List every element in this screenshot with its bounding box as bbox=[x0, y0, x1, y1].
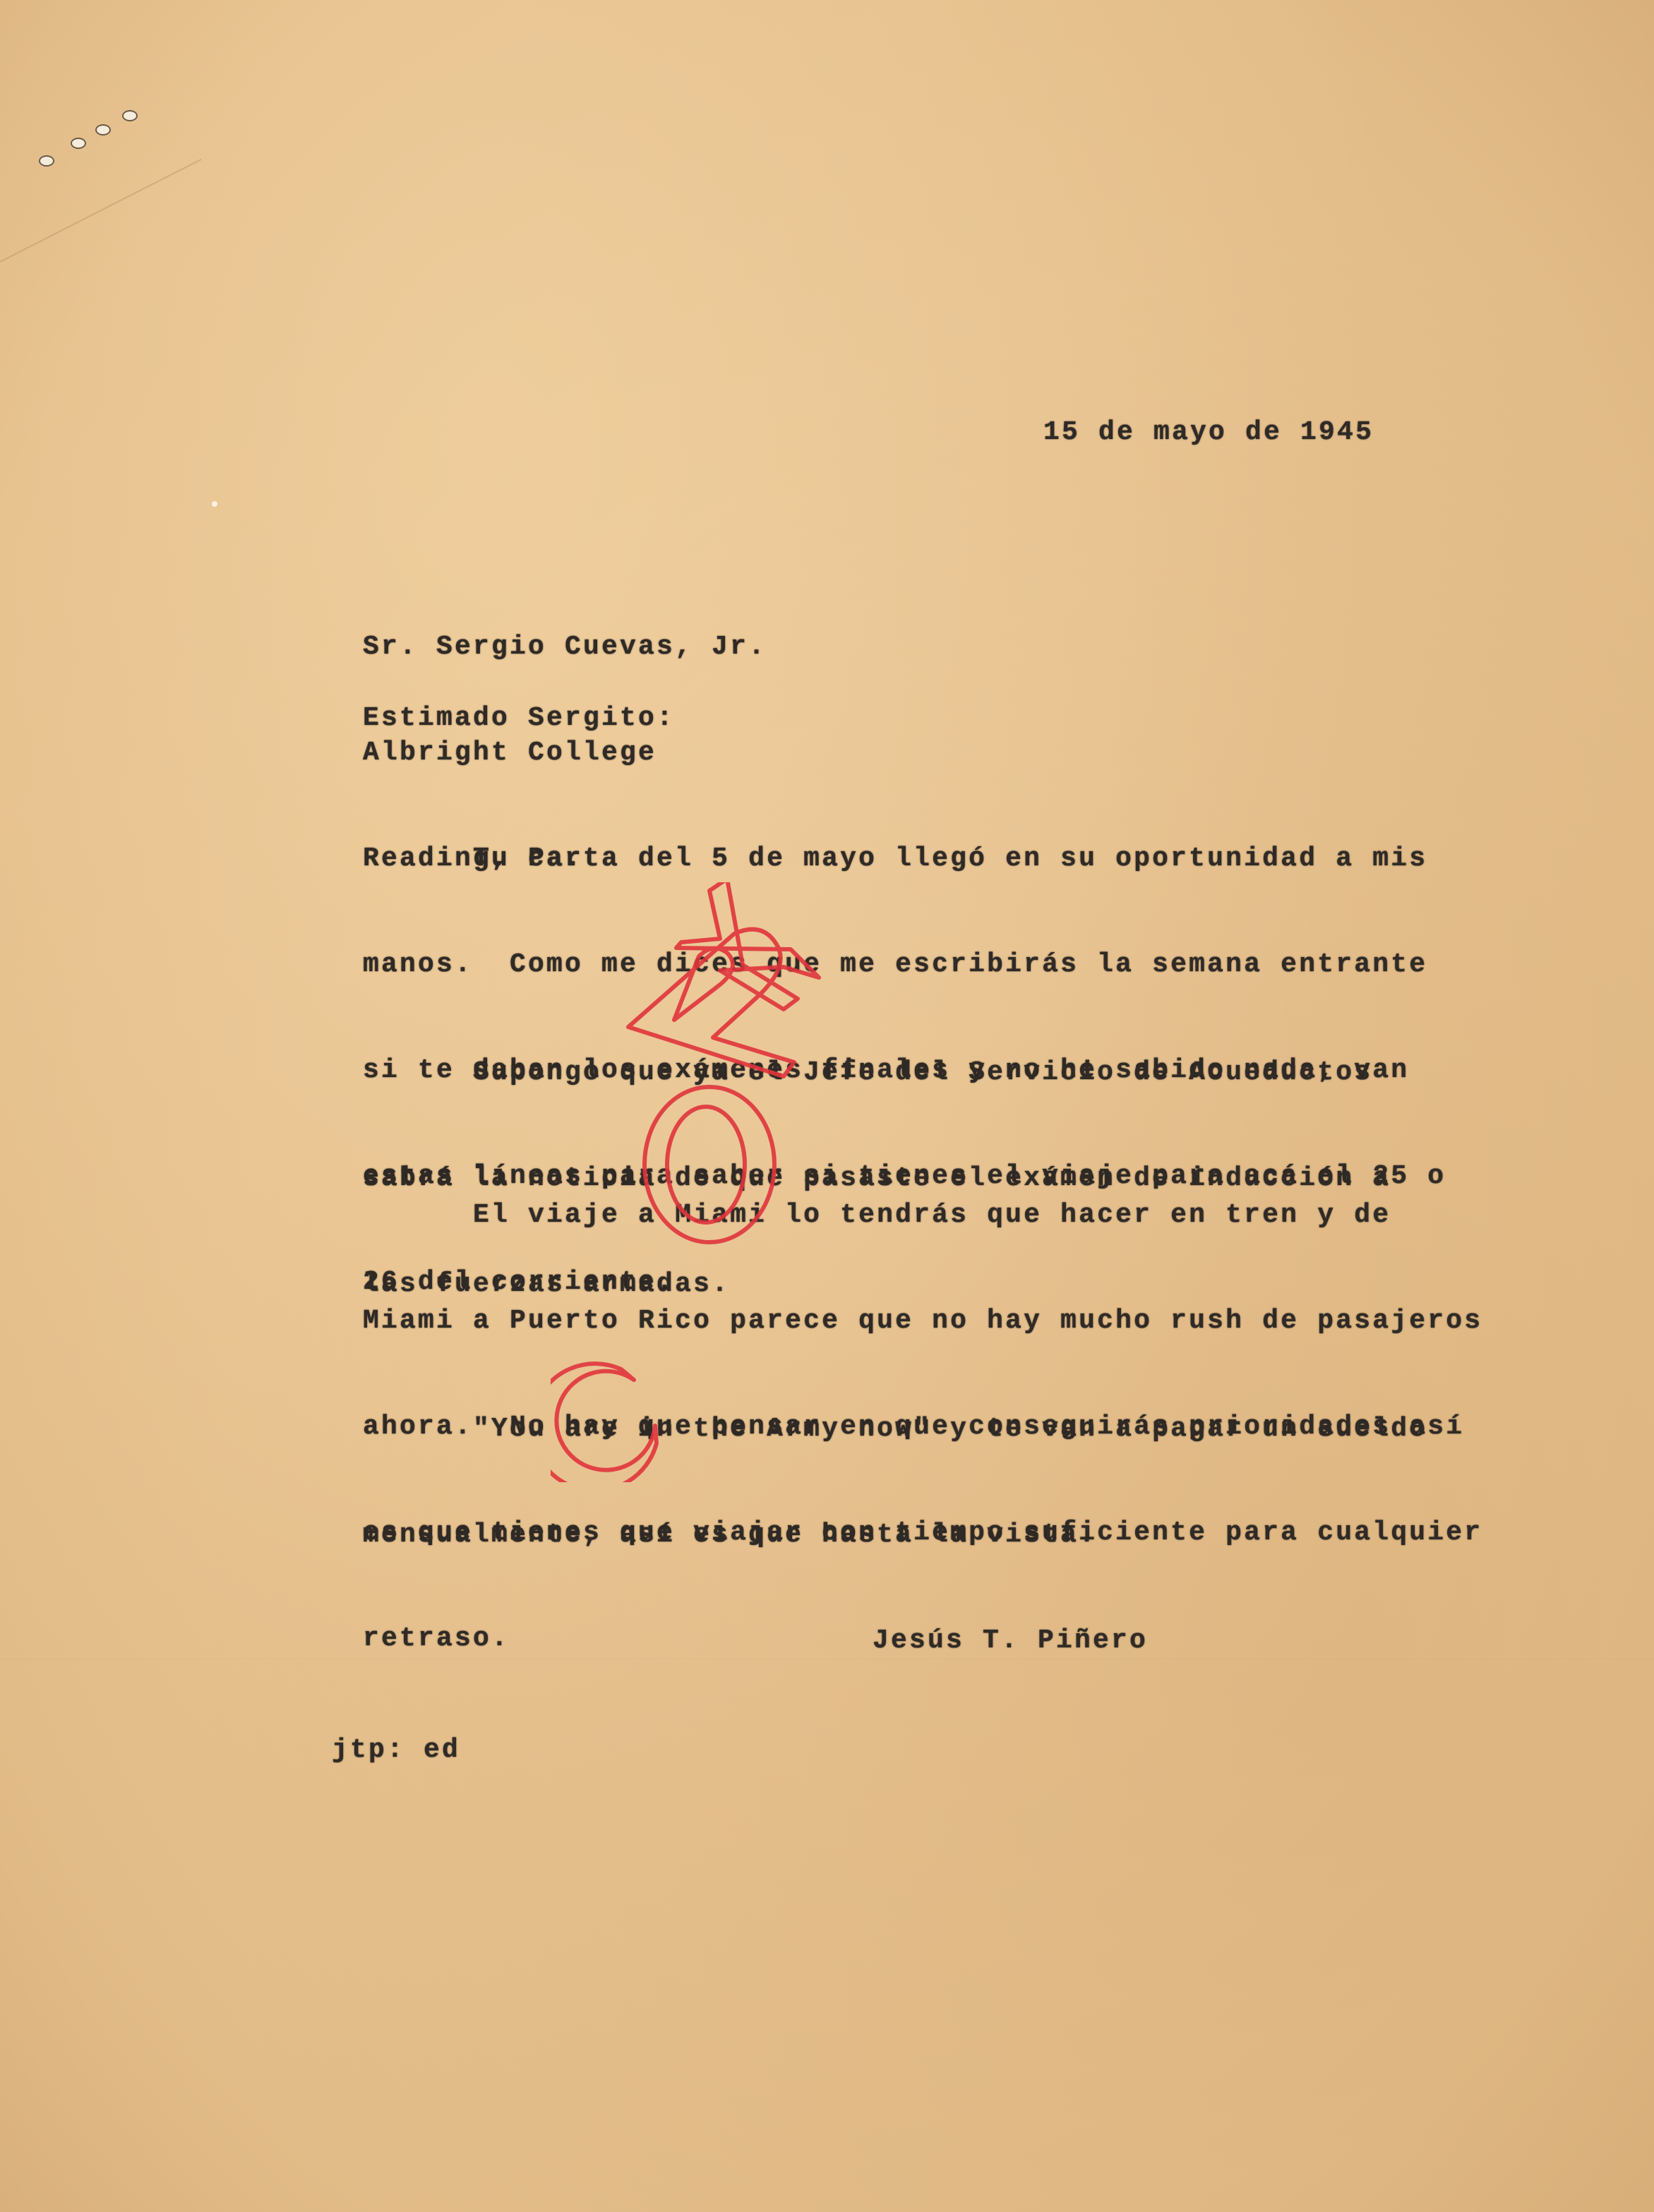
staple-holes bbox=[39, 106, 138, 169]
letter-date: 15 de mayo de 1945 bbox=[1043, 415, 1374, 450]
text-line: manos. Como me dices que me escribirás l… bbox=[363, 947, 1446, 982]
salutation: Estimado Sergito: bbox=[363, 701, 675, 736]
text-line: "You are in the Army now" y te van a pag… bbox=[363, 1412, 1427, 1447]
paper-speck bbox=[212, 501, 217, 507]
text-line: mensualmente, así es que hasta la vista. bbox=[363, 1517, 1427, 1553]
text-line: Tu carta del 5 de mayo llegó en su oport… bbox=[363, 841, 1446, 877]
recipient-institution: Albright College bbox=[363, 735, 767, 771]
body-paragraph-4: "You are in the Army now" y te van a pag… bbox=[363, 1341, 1427, 1588]
signature-name: Jesús T. Piñero bbox=[873, 1623, 1148, 1659]
text-line: Supongo que ya el Jefe del Servicio de A… bbox=[363, 1055, 1391, 1090]
text-line: Miami a Puerto Rico parece que no hay mu… bbox=[363, 1304, 1482, 1339]
recipient-name: Sr. Sergio Cuevas, Jr. bbox=[363, 630, 767, 665]
reference-initials: jtp: ed bbox=[332, 1733, 460, 1768]
text-line: El viaje a Miami lo tendrás que hacer en… bbox=[363, 1198, 1482, 1233]
